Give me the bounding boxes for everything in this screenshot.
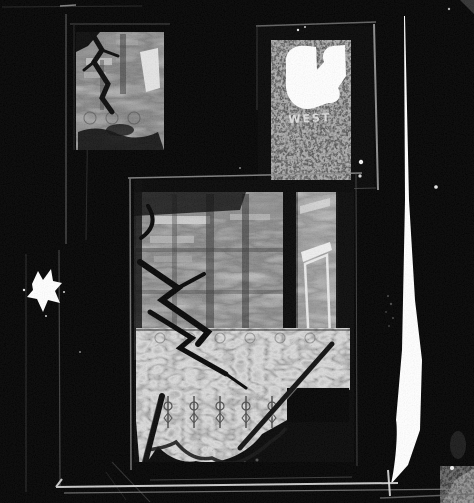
photo-frame: WEST xyxy=(0,0,474,503)
film-grain-overlay xyxy=(0,0,474,503)
photograph-window-scene: WEST xyxy=(0,0,474,503)
